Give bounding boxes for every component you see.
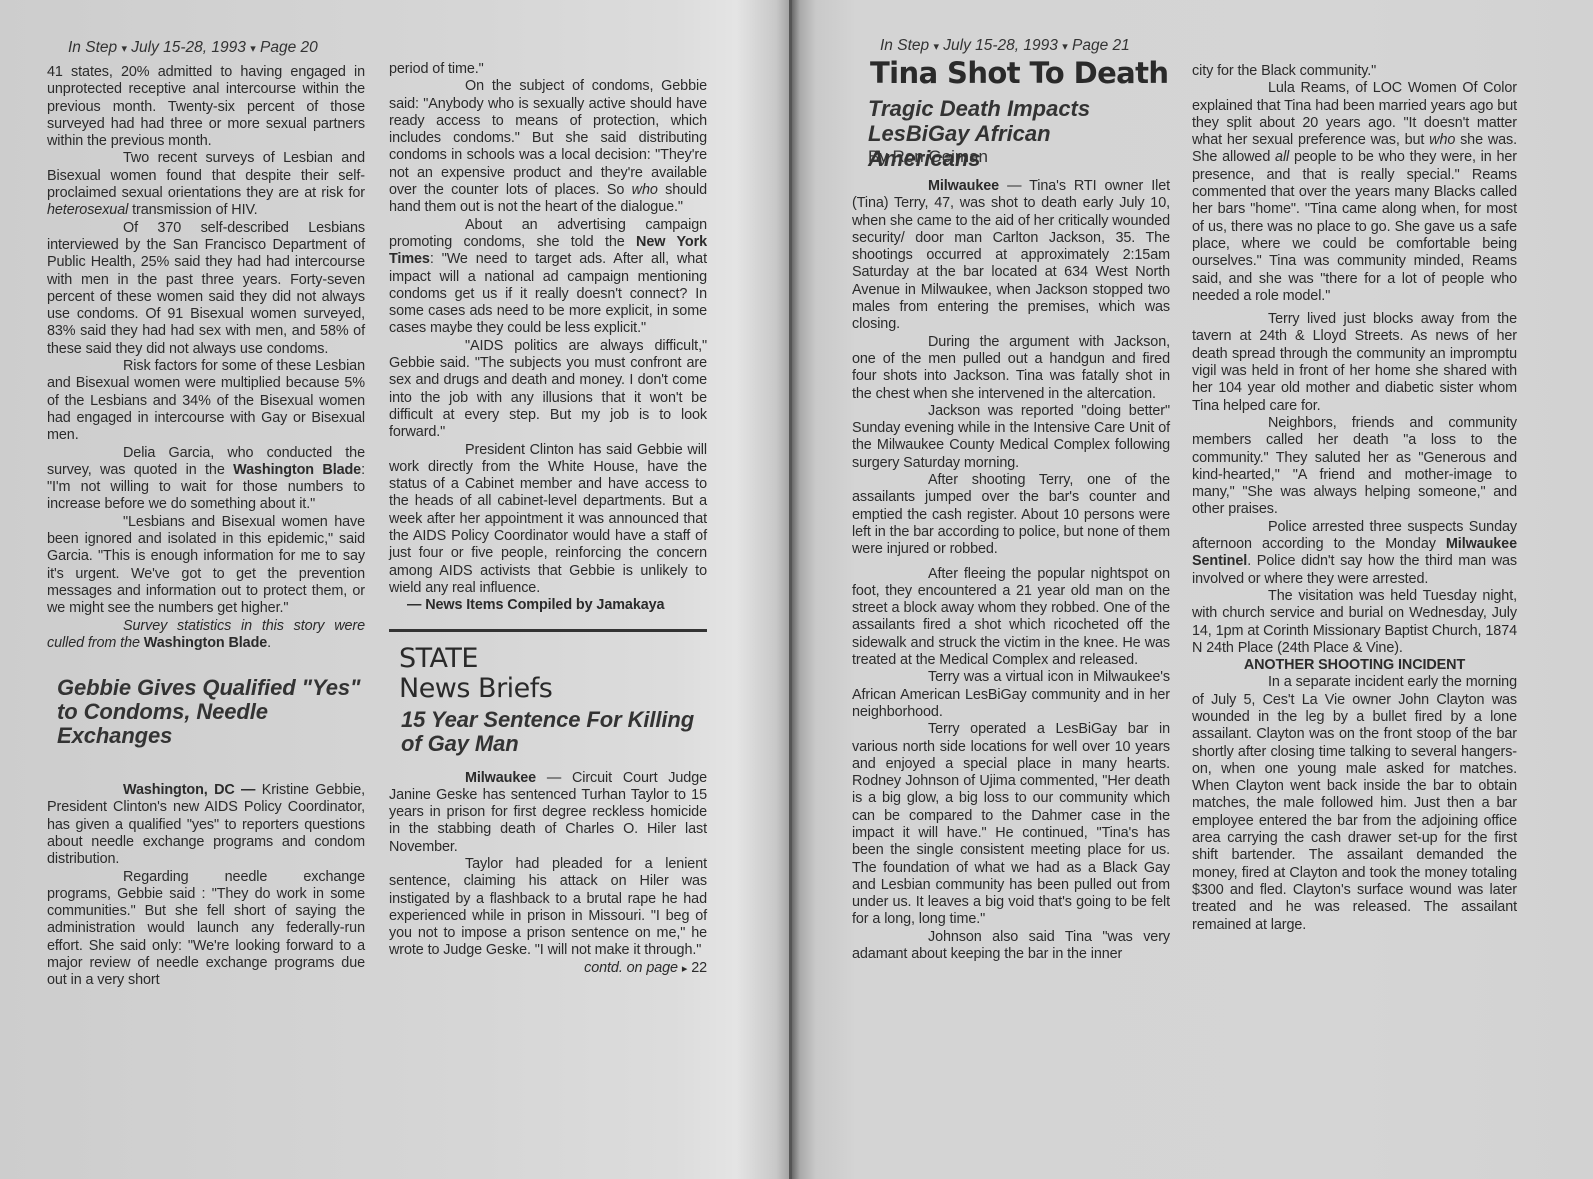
paragraph: 41 states, 20% admitted to having engage… — [47, 64, 365, 150]
left-page-20: In Step ▾ July 15-28, 1993 ▾ Page 20 41 … — [0, 0, 792, 1179]
article-headline: Gebbie Gives Qualified "Yes" to Condoms,… — [57, 676, 365, 748]
paragraph: Neighbors, friends and community members… — [1192, 415, 1517, 519]
issue-date: July 15-28, 1993 — [943, 37, 1058, 54]
page-number: Page 21 — [1072, 37, 1130, 54]
running-head-left: In Step ▾ July 15-28, 1993 ▾ Page 20 — [68, 39, 318, 57]
triangle-bullet-icon: ▾ — [250, 43, 256, 55]
paragraph: The visitation was held Tuesday night, w… — [1192, 588, 1517, 657]
running-head-right: In Step ▾ July 15-28, 1993 ▾ Page 21 — [880, 37, 1130, 55]
section-divider — [389, 629, 707, 632]
paragraph: period of time." — [389, 61, 707, 78]
triangle-bullet-icon: ▾ — [933, 41, 939, 53]
left-column-1: 41 states, 20% admitted to having engage… — [47, 64, 365, 990]
triangle-bullet-icon: ▾ — [121, 43, 127, 55]
triangle-bullet-icon: ▾ — [1062, 41, 1068, 53]
credit-line: — News Items Compiled by Jamakaya — [389, 597, 707, 614]
paragraph: On the subject of condoms, Gebbie said: … — [389, 78, 707, 216]
right-column-1: Milwaukee — Tina's RTI owner Ilet (Tina)… — [852, 178, 1170, 963]
paragraph: Washington, DC — Kristine Gebbie, Presid… — [47, 782, 365, 868]
paragraph: About an advertising campaign promoting … — [389, 217, 707, 338]
paragraph: President Clinton has said Gebbie will w… — [389, 442, 707, 598]
paragraph: After shooting Terry, one of the assaila… — [852, 472, 1170, 558]
paragraph: Risk factors for some of these Lesbian a… — [47, 358, 365, 444]
paragraph: Terry operated a LesBiGay bar in various… — [852, 721, 1170, 929]
paragraph: Jackson was reported "doing better" Sund… — [852, 403, 1170, 472]
article-headline: 15 Year Sentence For Killing of Gay Man — [401, 708, 707, 756]
paragraph: During the argument with Jackson, one of… — [852, 334, 1170, 403]
paragraph: Johnson also said Tina "was very adamant… — [852, 929, 1170, 964]
section-title-line2: News Briefs — [399, 674, 707, 704]
byline: By Ron Geiman — [868, 147, 988, 167]
source-note: Survey statistics in this story were cul… — [47, 618, 365, 653]
right-column-2: city for the Black community." Lula Ream… — [1192, 63, 1517, 934]
paragraph: Delia Garcia, who conducted the survey, … — [47, 445, 365, 514]
section-title-line1: STATE — [399, 644, 707, 674]
subsection-heading: ANOTHER SHOOTING INCIDENT — [1192, 657, 1517, 674]
right-page-21: In Step ▾ July 15-28, 1993 ▾ Page 21 Tin… — [792, 0, 1593, 1179]
section-heading: STATE News Briefs — [399, 644, 707, 704]
issue-date: July 15-28, 1993 — [131, 39, 246, 56]
paragraph: city for the Black community." — [1192, 63, 1517, 80]
paragraph: Terry was a virtual icon in Milwaukee's … — [852, 669, 1170, 721]
paragraph: Lula Reams, of LOC Women Of Color explai… — [1192, 80, 1517, 305]
page-number: Page 20 — [260, 39, 318, 56]
paragraph: Regarding needle exchange programs, Gebb… — [47, 869, 365, 990]
publication-name: In Step — [68, 39, 117, 56]
paragraph: After fleeing the popular nightspot on f… — [852, 566, 1170, 670]
paragraph: Terry lived just blocks away from the ta… — [1192, 311, 1517, 415]
paragraph: "Lesbians and Bisexual women have been i… — [47, 514, 365, 618]
paragraph: Two recent surveys of Lesbian and Bisexu… — [47, 150, 365, 219]
arrow-right-icon: ▸ — [682, 963, 687, 975]
paragraph: Milwaukee — Tina's RTI owner Ilet (Tina)… — [852, 178, 1170, 334]
publication-name: In Step — [880, 37, 929, 54]
paragraph: Of 370 self-described Lesbians interview… — [47, 220, 365, 358]
paragraph: Milwaukee — Circuit Court Judge Janine G… — [389, 770, 707, 856]
paragraph: Taylor had pleaded for a lenient sentenc… — [389, 856, 707, 960]
article-title: Tina Shot To Death — [870, 56, 1168, 90]
left-column-2: period of time." On the subject of condo… — [389, 61, 707, 978]
continued-link[interactable]: contd. on page ▸ 22 — [389, 960, 707, 978]
paragraph: Police arrested three suspects Sunday af… — [1192, 519, 1517, 588]
paragraph: "AIDS politics are always difficult," Ge… — [389, 338, 707, 442]
paragraph: In a separate incident early the morning… — [1192, 674, 1517, 933]
